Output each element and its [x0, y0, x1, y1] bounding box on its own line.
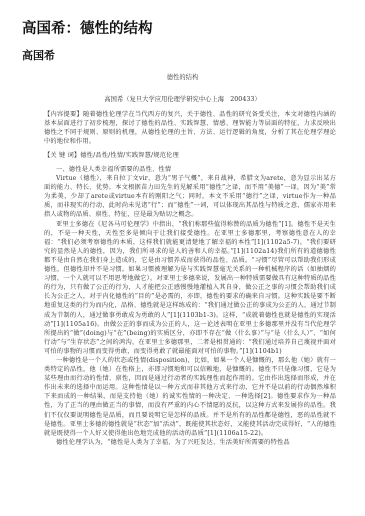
article-title: 德性的结构	[0, 74, 365, 82]
body-paragraph: 一种德性是一个人的状态或性情(disposition)，比如，如果一个人是慷慨的…	[44, 356, 336, 438]
author-heading: 高国希	[22, 49, 55, 63]
section-heading: 一、德性是人类幸福所需要的品性、性情	[44, 165, 336, 174]
article-body: 一、德性是人类幸福所需要的品性、性情 Virtue（德性），来自拉丁文vir，意…	[44, 165, 336, 447]
keywords: 【关 键 词】德性/品性/性情/实践智慧/规范伦理	[44, 151, 336, 160]
body-paragraph: 德性伦理学认为，“德性是人类为了幸福、为了兴旺发达、生活美好所需要的特性品	[44, 438, 336, 447]
keywords-text: 【关 键 词】德性/品性/性情/实践智慧/规范伦理	[44, 151, 336, 160]
body-paragraph: 亚里士多德在《尼各马可伦理学》中指出，“我们称那些值得称赞的品质为德性”[1]。…	[44, 220, 336, 356]
page-title: 高国希：德性的结构	[22, 20, 153, 38]
abstract: 【内容提要】随着德性伦理学在当代西方的复兴，关于德性、品性的研究备受关注，本文对…	[44, 110, 336, 146]
abstract-text: 【内容提要】随着德性伦理学在当代西方的复兴，关于德性、品性的研究备受关注，本文对…	[44, 110, 336, 146]
body-paragraph: Virtue（德性），来自拉丁文vir，意为“男子气概”，来自战神，希腊文为ar…	[44, 174, 336, 219]
byline: 高国希（复旦大学应用伦理学研究中心上海 200433）	[0, 96, 365, 104]
